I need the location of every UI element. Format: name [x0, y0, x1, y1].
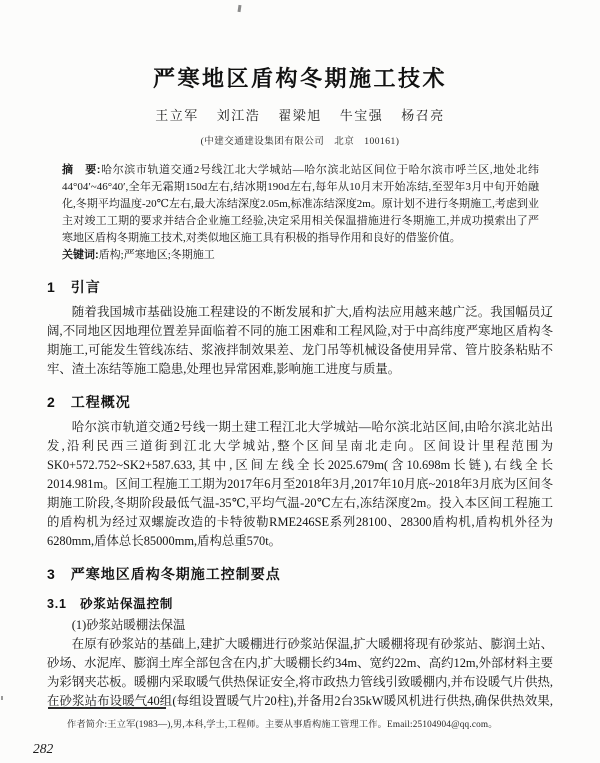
section-heading-3: 3 严寒地区盾构冬期施工控制要点	[47, 564, 553, 584]
keywords-label: 关键词:	[62, 249, 99, 261]
section-heading-1: 1 引言	[47, 277, 553, 297]
abstract-block: 摘 要:哈尔滨市轨道交通2号线江北大学城站—哈尔滨北站区间位于哈尔滨市呼兰区,地…	[62, 162, 539, 264]
page-content: 严寒地区盾构冬期施工技术 王立军刘江浩翟梁旭牛宝强杨召亮 (中建交通建设集团有限…	[0, 62, 600, 730]
scan-artifact-top	[238, 5, 242, 12]
author-name: 刘江浩	[217, 108, 261, 123]
paper-title: 严寒地区盾构冬期施工技术	[47, 62, 553, 93]
affiliation: (中建交通建设集团有限公司 北京 100161)	[47, 133, 553, 147]
page-footer: 作者简介:王立军(1983—),男,本科,学士,工程师。主要从事盾构施工管理工作…	[0, 707, 600, 763]
keywords-line: 关键词:盾构;严寒地区;冬期施工	[62, 247, 539, 264]
page-number: 282	[33, 741, 53, 757]
subsection-3-1-item-1: (1)砂浆站暖棚法保温	[47, 616, 553, 635]
abstract-label: 摘 要:	[62, 164, 100, 176]
section-2-paragraph: 哈尔滨市轨道交通2号线一期土建工程江北大学城站—哈尔滨北站区间,由哈尔滨北站出发…	[47, 418, 553, 551]
author-name: 翟梁旭	[278, 108, 322, 123]
author-name: 牛宝强	[340, 108, 384, 123]
paper-page: 严寒地区盾构冬期施工技术 王立军刘江浩翟梁旭牛宝强杨召亮 (中建交通建设集团有限…	[0, 0, 600, 763]
footnote-divider	[48, 707, 166, 709]
author-name: 王立军	[155, 108, 199, 123]
scan-artifact-left	[1, 696, 3, 700]
subsection-heading-3-1: 3.1 砂浆站保温控制	[47, 594, 553, 612]
abstract-text: 哈尔滨市轨道交通2号线江北大学城站—哈尔滨北站区间位于哈尔滨市呼兰区,地处北纬4…	[62, 164, 539, 244]
abstract: 摘 要:哈尔滨市轨道交通2号线江北大学城站—哈尔滨北站区间位于哈尔滨市呼兰区,地…	[62, 162, 539, 247]
author-name: 杨召亮	[401, 108, 445, 123]
author-bio-footnote: 作者简介:王立军(1983—),男,本科,学士,工程师。主要从事盾构施工管理工作…	[47, 718, 553, 730]
section-heading-2: 2 工程概况	[47, 392, 553, 412]
keywords-text: 盾构;严寒地区;冬期施工	[99, 249, 215, 261]
author-list: 王立军刘江浩翟梁旭牛宝强杨召亮	[47, 105, 553, 124]
section-1-paragraph: 随着我国城市基础设施工程建设的不断发展和扩大,盾构法应用越来越广泛。我国幅员辽阔…	[47, 303, 553, 379]
